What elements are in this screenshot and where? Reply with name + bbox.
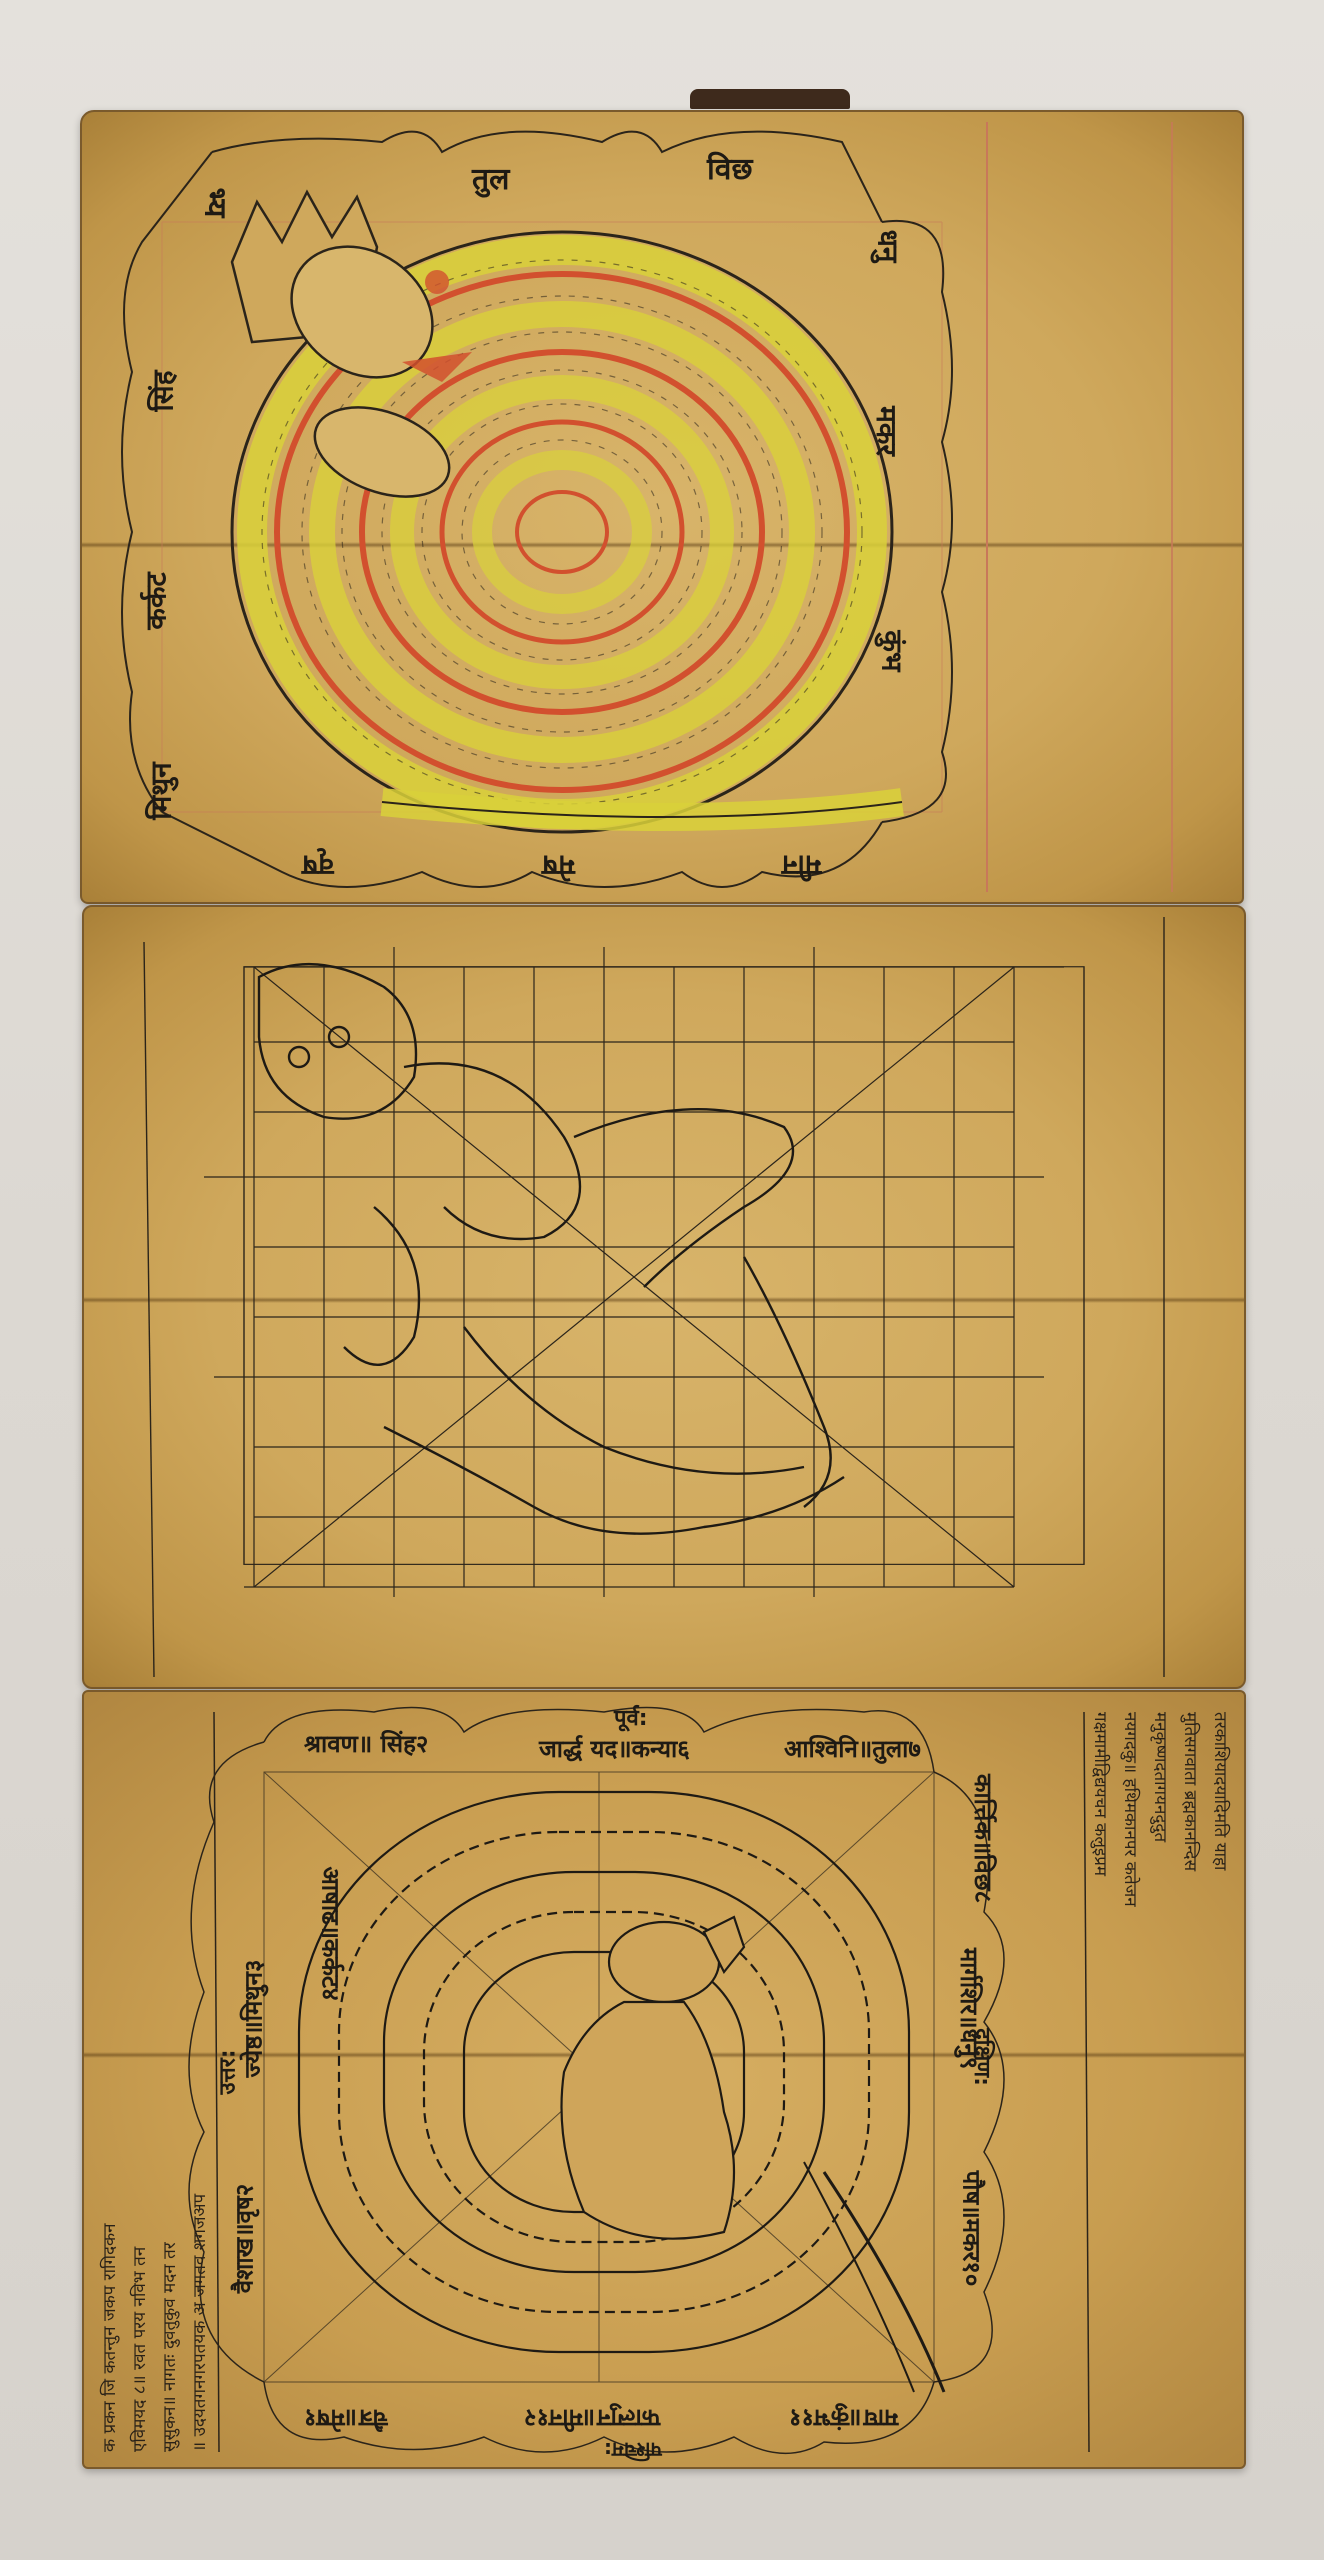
zodiac-label: विछ (707, 147, 752, 188)
serpent-deity-illustration (82, 112, 1242, 902)
zodiac-label: तुल (472, 157, 509, 198)
text-line: ॥ उदयतगनगरपतयक अ जगतव शगजअप (186, 1712, 214, 2452)
zodiac-label: मेष (542, 847, 575, 885)
text-line: मुतिसगवाता ब्रह्मकानन्दिस (1176, 1712, 1204, 2452)
text-line: क प्रकन जि कतन्तुन जकप रागिदकन (96, 1712, 124, 2452)
zodiac-label: धनु (869, 230, 907, 263)
month-zodiac-label: मार्गशिर॥धनु९ (953, 1948, 986, 2069)
binding-clasp (690, 89, 850, 109)
month-zodiac-label: वैशाख॥वृष२ (227, 2184, 260, 2294)
month-zodiac-label: ज्येष्ठ॥मिथुन३ (236, 1960, 269, 2078)
side-text-right: तरकाशियादयादिमति याहा मुतिसगवाता ब्रह्मक… (1094, 1712, 1234, 2452)
direction-label: पूर्व: (614, 1702, 648, 1732)
side-text-left: ॥ उदयतगनगरपतयक अ जगतव शगजअप सुसुकन॥ नागत… (104, 1712, 214, 2452)
bodhisattva-serpent-illustration (84, 1692, 1244, 2467)
top-folio: भ्य तुल विछ धनु मकर कुंभ मीन मेष वृष सिं… (80, 110, 1244, 904)
zodiac-label: कर्कट (137, 572, 175, 629)
seated-figure-grid-sketch (84, 907, 1244, 1687)
text-line: मनुकृष्णदतागयनदुदुत (1146, 1712, 1174, 2452)
zodiac-label: कुंभ (874, 630, 912, 671)
month-zodiac-label: आश्विनि॥तुला७ (784, 1732, 921, 1765)
month-zodiac-label: चैत्र॥मेष१ (304, 2402, 388, 2435)
month-zodiac-label: जार्द्ध यद॥कन्या६ (539, 1732, 690, 1765)
zodiac-label: वृष (302, 847, 334, 885)
zodiac-label: सिंह (144, 370, 182, 411)
bottom-folio: आषाढ॥कर्कट४ श्रावण॥ सिंह२ पूर्व: जार्द्ध… (82, 1690, 1246, 2469)
month-zodiac-label: पौष॥मकर१० (955, 2171, 988, 2287)
month-zodiac-label: श्रावण॥ सिंह२ (304, 1727, 428, 1760)
month-zodiac-label: आषाढ॥कर्कट४ (314, 1867, 347, 2001)
text-line: नयगदकु॥ हथिमकानपर कतेजन (1116, 1712, 1144, 2452)
text-line: एविमयद ८॥ रवत परय नविभ तन (126, 1712, 154, 2452)
zodiac-label: मीन (782, 847, 822, 885)
zodiac-label: मिथुन (142, 762, 180, 819)
middle-folio (82, 905, 1246, 1689)
zodiac-label: मकर (868, 406, 906, 456)
text-line: गक्षमामीद्विद्ययचन कलुइप्रम (1086, 1712, 1114, 2452)
month-zodiac-label: कार्त्तिक॥विछ८ (967, 1774, 1000, 1903)
text-line: तरकाशियादयादिमति याहा (1206, 1712, 1234, 2452)
zodiac-label: भ्य (196, 188, 237, 218)
direction-label: पश्चिम: (604, 2437, 662, 2464)
month-zodiac-label: माघ॥कुंभ११ (789, 2402, 898, 2435)
text-line: सुसुकन॥ नागतः दुवतुकुव मदन तर (156, 1712, 184, 2452)
month-zodiac-label: फाल्गुन॥मीन१२ (524, 2402, 660, 2435)
